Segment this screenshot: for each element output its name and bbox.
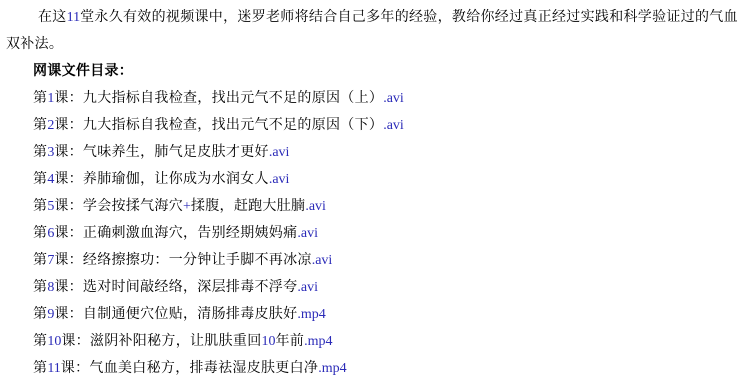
latin-text: .mp4 bbox=[304, 334, 332, 349]
latin-text: 11 bbox=[47, 361, 60, 376]
lesson-item: 第9课：自制通便穴位贴，清肠排毒皮肤好.mp4 bbox=[33, 301, 746, 328]
latin-text: 3 bbox=[47, 145, 54, 160]
latin-text: .avi bbox=[383, 91, 404, 106]
latin-text: 1 bbox=[47, 91, 54, 106]
latin-text: .avi bbox=[305, 199, 326, 214]
lesson-item: 第4课：养肺瑜伽，让你成为水润女人.avi bbox=[33, 166, 746, 193]
latin-text: + bbox=[183, 199, 191, 214]
lesson-item: 第6课：正确刺激血海穴，告别经期姨妈痛.avi bbox=[33, 220, 746, 247]
lesson-item: 第5课：学会按揉气海穴+揉腹，赶跑大肚腩.avi bbox=[33, 193, 746, 220]
lesson-item: 第7课：经络擦擦功：一分钟让手脚不再冰凉.avi bbox=[33, 247, 746, 274]
lesson-item: 第3课：气味养生，肺气足皮肤才更好.avi bbox=[33, 139, 746, 166]
latin-text: 10 bbox=[262, 334, 276, 349]
intro-paragraph: 在这11堂永久有效的视频课中，迷罗老师将结合自己多年的经验，教给你经过真正经过实… bbox=[6, 4, 748, 58]
latin-text: 7 bbox=[47, 253, 54, 268]
latin-text: 6 bbox=[47, 226, 54, 241]
latin-text: .mp4 bbox=[318, 361, 346, 376]
latin-text: 2 bbox=[47, 118, 54, 133]
latin-text: 9 bbox=[47, 307, 54, 322]
lesson-item: 第11课：气血美白秘方，排毒祛湿皮肤更白净.mp4 bbox=[33, 355, 746, 380]
latin-text: .avi bbox=[269, 172, 290, 187]
latin-text: .avi bbox=[312, 253, 333, 268]
latin-text: .avi bbox=[269, 145, 290, 160]
latin-text: .avi bbox=[383, 118, 404, 133]
latin-text: 10 bbox=[47, 334, 61, 349]
lesson-item: 第10课：滋阴补阳秘方，让肌肤重回10年前.mp4 bbox=[33, 328, 746, 355]
latin-text: .mp4 bbox=[297, 307, 325, 322]
latin-text: .avi bbox=[297, 226, 318, 241]
lesson-item: 第8课：选对时间敲经络，深层排毒不浮夸.avi bbox=[33, 274, 746, 301]
directory-heading: 网课文件目录： bbox=[33, 58, 746, 85]
latin-text: 5 bbox=[47, 199, 54, 214]
document-page: 在这11堂永久有效的视频课中，迷罗老师将结合自己多年的经验，教给你经过真正经过实… bbox=[0, 0, 750, 380]
latin-text: 11 bbox=[67, 10, 80, 25]
lesson-list: 第1课：九大指标自我检查，找出元气不足的原因（上）.avi第2课：九大指标自我检… bbox=[6, 85, 746, 380]
latin-text: 4 bbox=[47, 172, 54, 187]
latin-text: 8 bbox=[47, 280, 54, 295]
lesson-item: 第1课：九大指标自我检查，找出元气不足的原因（上）.avi bbox=[33, 85, 746, 112]
lesson-item: 第2课：九大指标自我检查，找出元气不足的原因（下）.avi bbox=[33, 112, 746, 139]
latin-text: .avi bbox=[297, 280, 318, 295]
